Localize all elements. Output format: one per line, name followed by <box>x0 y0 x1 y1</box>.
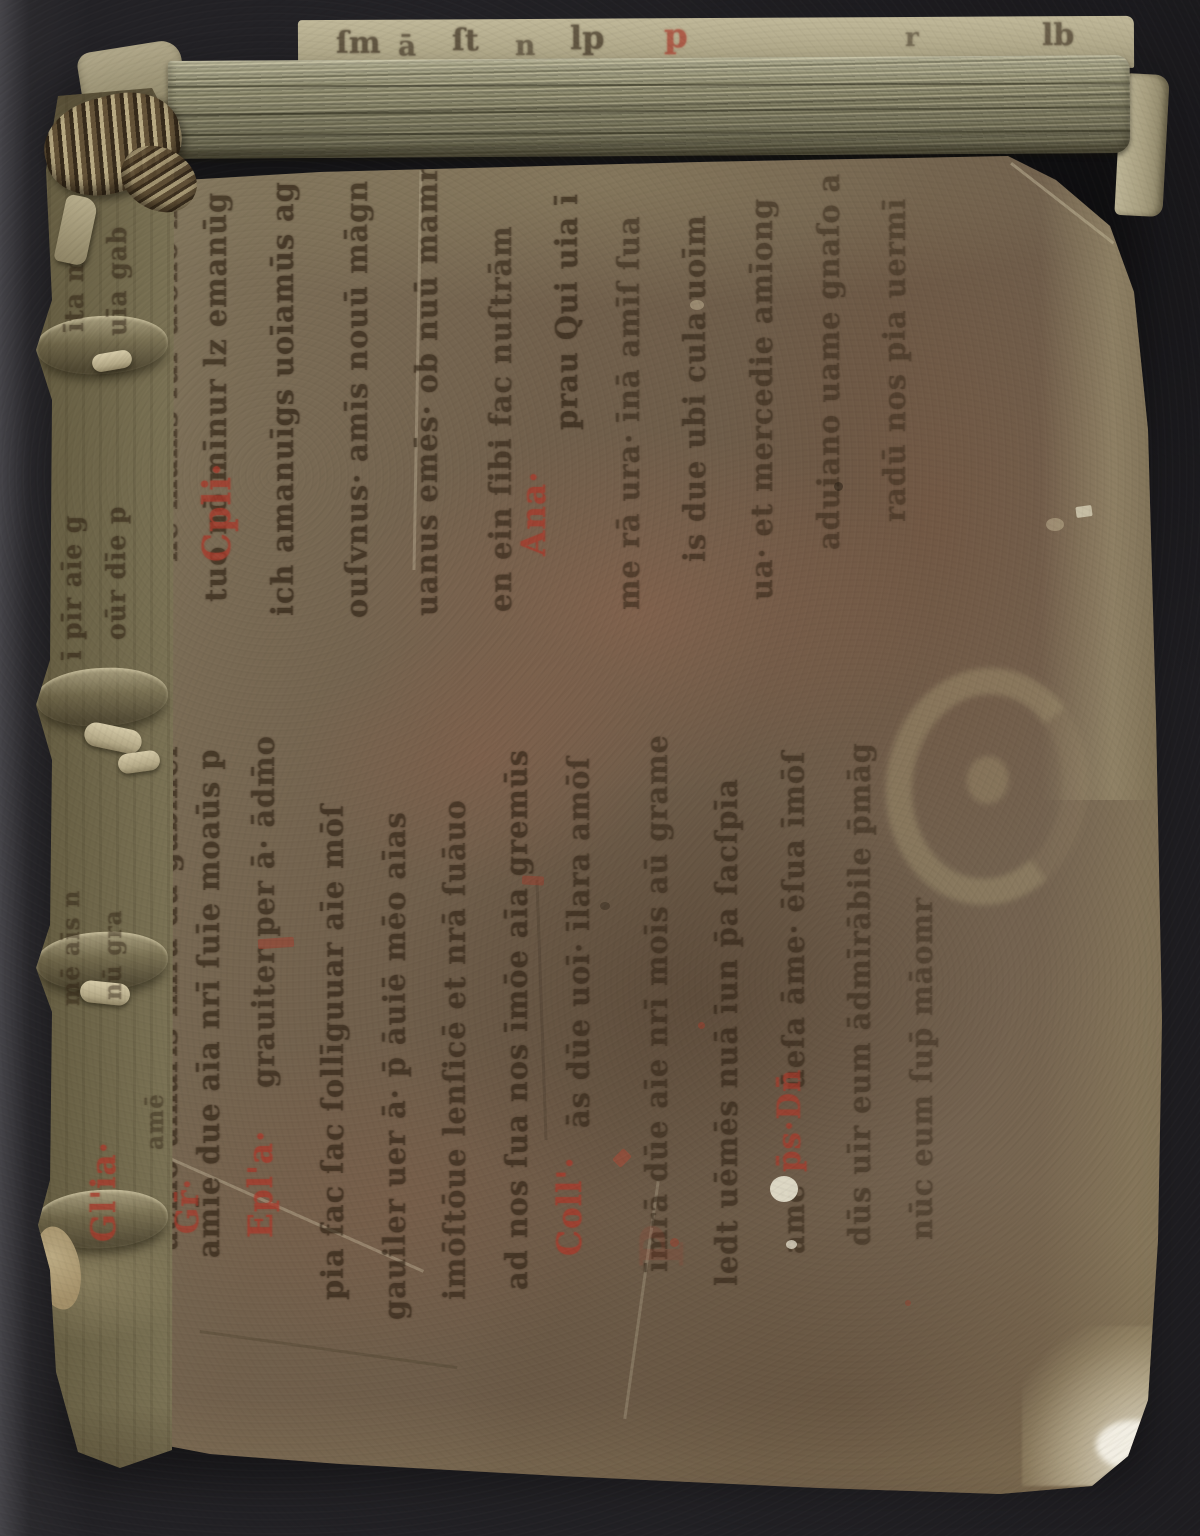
paint-speck <box>698 1022 705 1029</box>
rubric-text-column: p̄s·Dn̄ <box>770 1069 808 1172</box>
rubric-text-column: Epl'a· <box>241 1130 281 1238</box>
text-block-page-edges <box>168 55 1131 159</box>
manuscript-text-column: radū nos pia uermī <box>878 198 913 522</box>
rubric-text-column: Gr̄· <box>168 1178 206 1234</box>
manuscript-text-column: aduiano uame gnaſo a <box>812 173 847 550</box>
paint-speck <box>905 1300 911 1306</box>
manuscript-text-column: mē aīs n <box>56 890 85 1006</box>
paint-speck <box>522 875 544 885</box>
glyph-fragment: ā <box>398 30 416 63</box>
manuscript-text-column: oūr dīe p <box>102 506 132 640</box>
manuscript-text-column: ī pīr aīe g <box>58 515 88 660</box>
rubric-text-column: Gl'ia· <box>84 1141 124 1242</box>
manuscript-text-column: ledt uēmēs nuā īun p̄a ſacſpīa <box>710 778 745 1286</box>
manuscript-text-column: ūeſa āme· ēſua īmōſ <box>777 751 812 1090</box>
manuscript-text-column: ad nos ſua nos īmōe aīa gremūs <box>500 749 535 1290</box>
rubric-text-column: Cpli· <box>194 462 239 562</box>
glyph-fragment: p <box>664 16 688 56</box>
glyph-fragment: r <box>905 23 919 53</box>
manuscript-text-column: uanus emēs· ob nuū mamr <box>410 166 445 616</box>
paint-speck <box>770 1176 798 1202</box>
manuscript-text-column: dūs uīr eum ādmīrābile p̄māg <box>843 742 878 1246</box>
manuscript-text-column: grauiter per ā· ādm̄o <box>247 735 282 1088</box>
manuscript-text-column: imōſtōue lenſicē et nrā ſuāuo <box>438 799 473 1300</box>
manuscript-text-column: prau Qui uia ī <box>550 193 585 430</box>
glyph-fragment: lb <box>1042 18 1075 53</box>
manuscript-text-column: ua· et mercedie amīong <box>745 198 780 600</box>
paint-speck <box>834 482 843 491</box>
manuscript-text-column: me rā ura· īnā amīſ ſua <box>612 215 647 610</box>
manuscript-text-column: uīa gab <box>103 226 133 336</box>
front-cover-parchment: ne mams ſur uionō mītuo nō mīnur lz eman… <box>0 0 1200 1536</box>
manuscript-text-column: pia fac ſac ſollīguuar aīe mōſ <box>316 804 351 1300</box>
manuscript-text-column: ich amanuīgs uoīamūs ag <box>266 181 301 616</box>
manuscript-text-column: īmrā dūe aīe nrī moīs aū grame <box>640 734 675 1272</box>
glyph-fragment: ſt <box>452 23 479 58</box>
page-gap-line <box>168 106 1130 116</box>
paint-speck <box>670 1238 679 1247</box>
manuscript-text-column: gauiler uer ā· p̄ āuiē mēo aīas <box>378 811 413 1320</box>
rubric-text-column: Coll'· <box>550 1156 590 1256</box>
manuscript-text-column: ās dūe uoī· īlara amōſ <box>562 756 597 1128</box>
rubric-text-column: P <box>628 1224 698 1268</box>
manuscript-text-column: ouſvnus· amīs nouū māgn <box>340 180 375 618</box>
manuscript-text-column: nūc eum ſup̄ māomr <box>905 897 940 1240</box>
glyph-fragment: ſm <box>336 26 381 61</box>
page-gap-line <box>168 130 1130 136</box>
manuscript-text-column: nū gra <box>98 910 127 1000</box>
paint-speck <box>600 902 610 910</box>
paint-speck <box>786 1240 797 1249</box>
faded-initial-counter <box>964 754 1011 806</box>
glyph-fragment: lp <box>570 19 605 57</box>
rubric-text-column: Ana· <box>514 471 554 556</box>
manuscript-text-column: is due ubi cula uoīm <box>678 214 713 562</box>
paint-speck <box>690 300 704 310</box>
page-gap-line <box>168 82 1130 87</box>
manuscript-text-column: amē <box>140 1093 169 1150</box>
glyph-fragment: n <box>515 29 536 62</box>
book-photo: ſmāſtnlpprlb ne mams ſur uionō mītuo nō … <box>0 0 1200 1536</box>
